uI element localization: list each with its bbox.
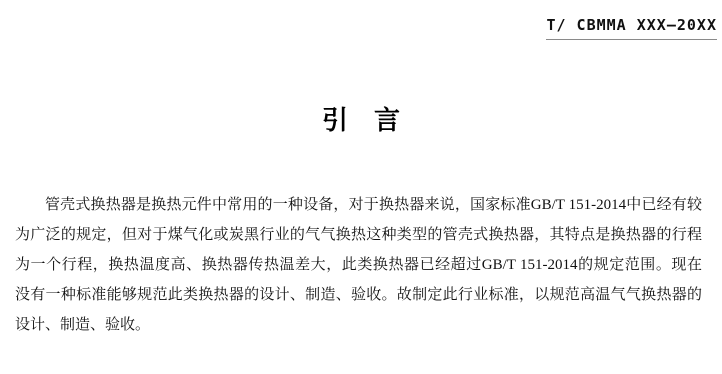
- introduction-paragraph: 管壳式换热器是换热元件中常用的一种设备，对于换热器来说，国家标准GB/T 151…: [15, 190, 702, 340]
- paragraph-line: 为广泛的规定，但对于煤气化或炭黑行业的气气换热这种类型的管壳式换热器，其特点是换…: [15, 220, 702, 250]
- document-page: T/ CBMMA XXX—20XX 引 言 管壳式换热器是换热元件中常用的一种设…: [0, 0, 722, 374]
- paragraph-line: 设计、制造、验收。: [15, 310, 702, 340]
- standard-code-header: T/ CBMMA XXX—20XX: [546, 15, 717, 40]
- paragraph-line: 为一个行程，换热温度高、换热器传热温差大，此类换热器已经超过GB/T 151-2…: [15, 250, 702, 280]
- paragraph-line: 没有一种标准能够规范此类换热器的设计、制造、验收。故制定此行业标准，以规范高温气…: [15, 280, 702, 310]
- page-title: 引 言: [0, 102, 722, 138]
- paragraph-line: 管壳式换热器是换热元件中常用的一种设备，对于换热器来说，国家标准GB/T 151…: [15, 190, 702, 220]
